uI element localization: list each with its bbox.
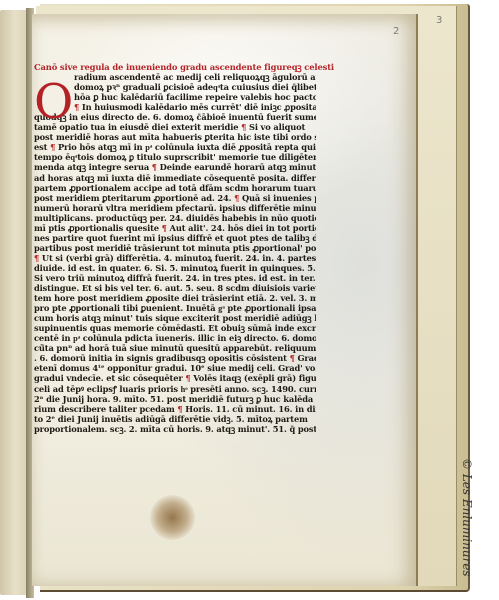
text-line: mī ptis ꝓportionalis quesite ¶ Aut alit'… [34, 223, 316, 233]
text-line: . 6. domorū initia in signis gradibusqꝫ … [34, 353, 316, 363]
text-line: menda atqꝫ integre serua ¶ Deinde earund… [34, 162, 316, 172]
manuscript-photograph: 2 3 Canō sive regula de inueniendo gradu… [0, 0, 499, 600]
text-line: cum horis atqꝫ minut' tuis sique exciter… [34, 313, 316, 323]
text-line: nes partire quot fuerint mī ipsius diffr… [34, 233, 316, 243]
text-line: quodqꝫ in eius directo de. 6. domoꝝ c̄āb… [34, 112, 316, 122]
text-line: partem ꝓportionalem accipe ad totā dfām … [34, 183, 316, 193]
text-line: numerū horarū vltra meridiem pfectarū. i… [34, 203, 316, 213]
text-line: tempo ēqͣtois domoꝝ ꝑ titulo suprscribit… [34, 152, 316, 162]
text-line: gradui vndecīe. et sic cōsequēter ¶ Volē… [34, 373, 316, 383]
text-line: tem hore post meridiem ꝓposite diei trās… [34, 293, 316, 303]
text-line: celi ad tēpꝰ eclipsꝭ luaris prioris hͦ p… [34, 384, 316, 394]
text-line: post meridiem ꝑteritarum ꝓportionē ad. 2… [34, 193, 316, 203]
copyright-notice: © Les Enluminures [456, 458, 474, 598]
text-line: ad horas atqꝫ mī iuxta diē immediate cōs… [34, 173, 316, 183]
text-line: ¶ Ut si (verbi grā) differētia. 4. minut… [34, 253, 316, 263]
text-line: ¶ In huiusmodi kalēdario mēs currēt' diē… [34, 102, 316, 112]
text-line: partibus post meridiē trāsierunt tot min… [34, 243, 316, 253]
text-line: est ¶ Prio hōs atqꝫ mī in pͣ colūnula iu… [34, 142, 316, 152]
folio-number: 2 [393, 26, 399, 37]
text-line: cū̄ta pnⁿ ad horā tuā siue minutū quesit… [34, 343, 316, 353]
text-line: distingue. Et si bis vel ter. 6. aut. 5.… [34, 283, 316, 293]
text-line: 2ᵃ die Junij hora. 9. mīto. 51. post mer… [34, 394, 316, 404]
text-line: etenī domus 4ᵗᵉ opponitur gradui. 10ᵉ si… [34, 363, 316, 373]
text-line: to 2ᵉ diei Junij inuētis adiūgā differēt… [34, 414, 316, 424]
text-line: domoꝝ pꝛⁿ graduali ꝑcisioē adeqͣta cuius… [34, 82, 316, 92]
text-line: Si vero triū minutoꝝ diffrā fuerit. 24. … [34, 273, 316, 283]
text-line: proportionalem. scꝫ. 2. mīta cū horis. 9… [34, 424, 316, 434]
text-line: radium ascendentē ac medij celi reliquoꝝ… [34, 72, 316, 82]
text-line: pro pte ꝓportionali tibi ꝑuenient. Inuēt… [34, 303, 316, 313]
text-line: centē in pͣ colūnula pdicta īueneris. il… [34, 333, 316, 343]
text-line: diuide. id est. in quater. 6. Si. 5. min… [34, 263, 316, 273]
text-line: multiplicans. productūqꝫ per. 24. diuidē… [34, 213, 316, 223]
text-body: O radium ascendentē ac medij celi reliqu… [34, 72, 316, 434]
text-line: supinuentis quas memorie cōmēdasti. Et o… [34, 323, 316, 333]
rubric-heading: Canō sive regula de inueniendo gradu asc… [34, 62, 316, 72]
text-column: Canō sive regula de inueniendo gradu asc… [34, 62, 316, 434]
text-line: tamē opatio tua in eiusdē diei exterit m… [34, 122, 316, 132]
folio-number: 3 [436, 15, 442, 26]
text-line: hōa ꝑ huc kalēdariū facilime repeire val… [34, 92, 316, 102]
text-line: post meridiē horas aut mīta habueris ꝑte… [34, 132, 316, 142]
text-line: rium describere taliter pcedam ¶ Horis. … [34, 404, 316, 414]
foxing-stain [150, 495, 195, 540]
red-initial-letter: O [34, 82, 74, 122]
